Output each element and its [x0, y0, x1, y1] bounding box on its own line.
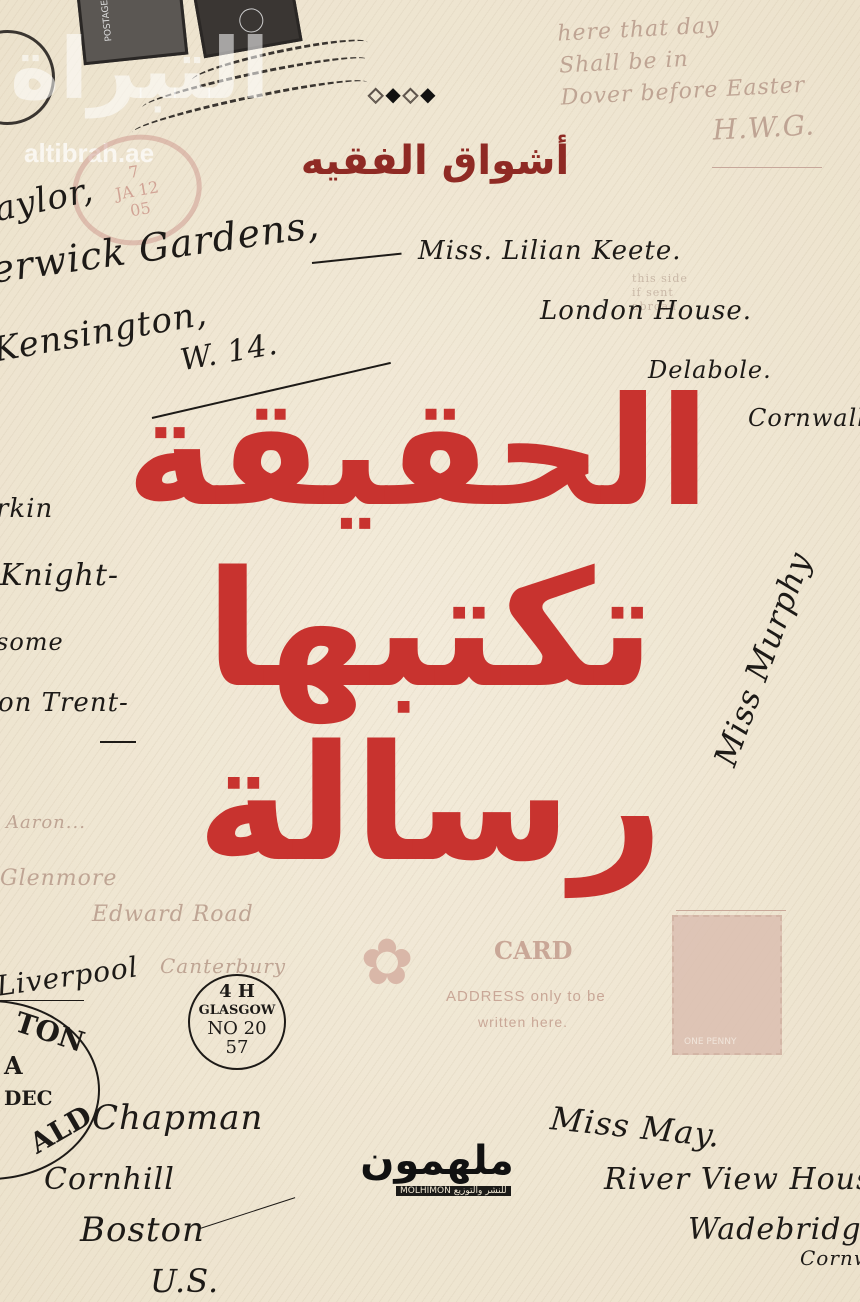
handwriting-right-address-2: London House.	[540, 296, 752, 326]
handwriting-left-address-3: Kensington,	[0, 294, 210, 371]
ornament-divider: ◇◆◇◆	[368, 82, 438, 106]
handwriting-bottom-right-1: Miss May.	[548, 1099, 722, 1155]
diamond-filled-icon: ◆	[385, 82, 402, 106]
flower-emblem-icon: ✿	[352, 928, 422, 1006]
pink-stamp-frame	[676, 910, 786, 911]
postmark-boston-text: TON A DEC ALD	[4, 1018, 94, 1146]
postmark-glasgow: 4 H GLASGOW NO 20 57	[188, 974, 286, 1070]
title-line-2: تكتبها	[150, 540, 710, 720]
publisher-tagline: للنشر والتوزيع MOLHIMON	[396, 1186, 511, 1196]
diamond-outline-icon: ◇	[368, 82, 385, 106]
handwriting-faded-4: Canterbury	[160, 954, 286, 978]
handwriting-bottom-right-4: Cornwall	[800, 1246, 860, 1270]
handwriting-faded-2: Glenmore	[0, 866, 117, 891]
underline	[100, 741, 136, 743]
title-line-1: الحقيقة	[150, 368, 710, 538]
book-cover: POSTAGE التبراة altibrah.ae 7 JA 12 05 ◇…	[0, 0, 860, 1302]
underline	[0, 1000, 84, 1001]
postcard-line-1: ADDRESS only to be	[446, 988, 606, 1005]
title-line-3: رسالة	[150, 714, 710, 894]
handwriting-faded-1: Aaron...	[6, 812, 86, 833]
handwriting-left-middle-2: Knight-	[0, 558, 119, 593]
handwriting-bottom-left-2: Chapman	[92, 1098, 263, 1138]
handwriting-right-address-1: Miss. Lilian Keete.	[418, 236, 681, 266]
handwriting-bottom-left-3: Cornhill	[44, 1162, 175, 1197]
watermark-arabic: التبراة	[10, 20, 270, 118]
handwriting-left-middle-4: on Trent-	[0, 688, 129, 718]
handwriting-left-middle-3: some	[0, 628, 64, 656]
strike-line	[312, 253, 402, 264]
flourish-line	[200, 1197, 295, 1229]
stamp-pink: ONE PENNY	[672, 915, 782, 1055]
postcard-heading: CARD	[494, 936, 572, 965]
postcard-line-2: written here.	[478, 1014, 568, 1030]
handwriting-bottom-left-1: Liverpool	[0, 950, 141, 1003]
handwriting-right-address-4: Cornwall	[748, 404, 860, 432]
underline	[712, 167, 822, 168]
handwriting-faded-3: Edward Road	[92, 902, 254, 927]
diamond-outline-icon: ◇	[403, 82, 420, 106]
handwriting-bottom-right-3: Wadebridge	[688, 1212, 860, 1247]
diamond-filled-icon: ◆	[420, 82, 437, 106]
handwriting-bottom-right-2: River View House	[604, 1162, 860, 1197]
handwriting-bottom-left-4: Boston	[80, 1210, 205, 1250]
handwriting-vertical: Miss Murphy	[706, 547, 819, 771]
handwriting-left-middle-1: rkin	[0, 494, 53, 524]
handwriting-note: here that day Shall be in Dover before E…	[557, 5, 816, 154]
handwriting-bottom-left-5: U.S.	[150, 1262, 219, 1300]
publisher-logo: ملهمون	[332, 1138, 542, 1184]
